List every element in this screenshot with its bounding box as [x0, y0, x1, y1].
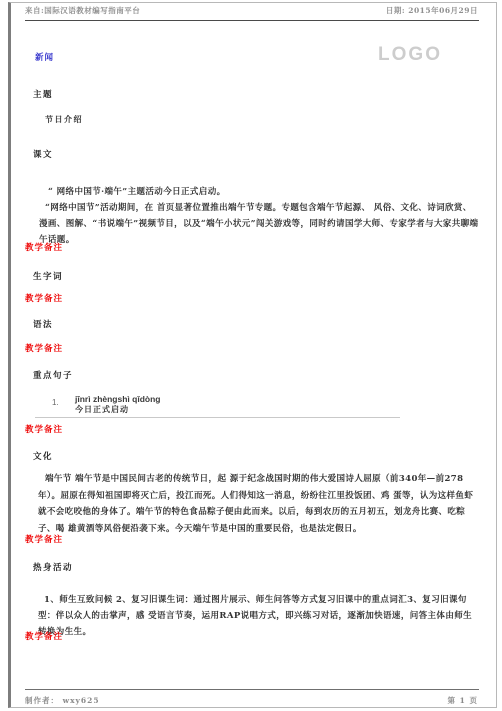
section-title-grammar: 语法 [33, 318, 53, 330]
section-title-culture: 文化 [33, 450, 53, 462]
key-sentence-number: 1. [52, 398, 59, 407]
footer-page-number: 第 1 页 [448, 695, 478, 706]
teaching-notes-label-6: 教学备注 [25, 630, 63, 642]
section-title-lesson-text: 课文 [33, 148, 53, 160]
logo-text: LOGO [378, 44, 442, 66]
warmup-paragraph: 1、师生互致问候 2、复习旧课生词：通过图片展示、师生问答等方式复习旧课中的重点… [38, 592, 478, 640]
culture-paragraph: 端午节 端午节是中国民间古老的传统节日，起 源于纪念战国时期的伟大爱国诗人屈原（… [38, 471, 479, 537]
lesson-text-paragraph-2: “网络中国节”活动期间，在 首页显著位置推出端午节专题。专题包含端午节起源、 风… [39, 200, 480, 248]
section-title-topic: 主题 [33, 88, 53, 100]
header-source: 来自:国际汉语教材编写指南平台 [25, 5, 140, 16]
key-sentence-pinyin: jīnrì zhèngshì qǐdòng [75, 394, 160, 404]
teaching-notes-label-5: 教学备注 [25, 533, 63, 545]
news-link[interactable]: 新闻 [35, 51, 54, 63]
lesson-text-paragraph-1: “ 网络中国节·端午”主题活动今日正式启动。 [48, 184, 478, 200]
topic-content: 节日介绍 [45, 114, 83, 125]
teaching-notes-label-3: 教学备注 [25, 342, 63, 354]
document-page: { "header": { "source": "来自:国际汉语教材编写指南平台… [0, 0, 502, 711]
section-title-key-sentences: 重点句子 [33, 369, 73, 381]
key-sentence-hanzi: 今日正式启动 [75, 404, 129, 415]
section-title-warmup: 热身活动 [33, 561, 73, 573]
footer-divider [25, 689, 479, 690]
teaching-notes-label-4: 教学备注 [25, 423, 63, 435]
section-title-vocabulary: 生字词 [33, 270, 63, 282]
teaching-notes-label-2: 教学备注 [25, 292, 63, 304]
header-divider [25, 20, 479, 21]
page-header: 来自:国际汉语教材编写指南平台 日期: 2015年06月29日 [25, 5, 478, 16]
header-date: 日期: 2015年06月29日 [386, 5, 478, 16]
teaching-notes-label-1: 教学备注 [25, 241, 63, 253]
footer-author: 制作者： wxy625 [25, 695, 100, 706]
page-footer: 制作者： wxy625 第 1 页 [25, 695, 478, 706]
key-sentence-divider [35, 417, 400, 418]
